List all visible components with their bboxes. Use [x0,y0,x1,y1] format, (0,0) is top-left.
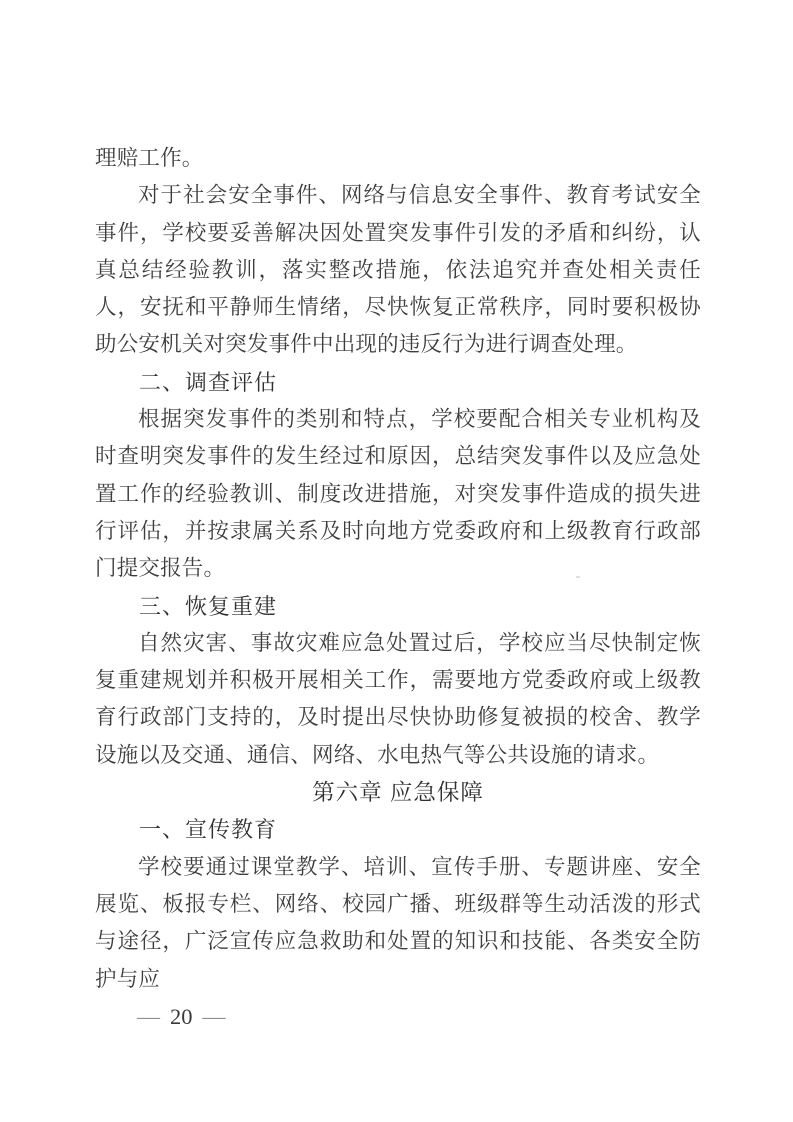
heading-recovery-reconstruction: 三、恢复重建 [95,588,701,625]
heading-investigation-evaluation: 二、调查评估 [95,364,701,401]
chapter-heading-emergency-support: 第六章 应急保障 [95,774,701,811]
heading-publicity-education: 一、宣传教育 [95,811,701,848]
paragraph-claims-continuation: 理赔工作。 [95,140,701,177]
paragraph-social-security-incidents: 对于社会安全事件、网络与信息安全事件、教育考试安全事件，学校要妥善解决因处置突发… [95,177,701,363]
paragraph-publicity-education: 学校要通过课堂教学、培训、宣传手册、专题讲座、安全展览、板报专栏、网络、校园广播… [95,849,701,998]
paragraph-recovery-reconstruction: 自然灾害、事故灾难应急处置过后，学校应当尽快制定恢复重建规划并积极开展相关工作，… [95,625,701,774]
footer-dash-left: — [137,1004,160,1029]
document-page: 理赔工作。 对于社会安全事件、网络与信息安全事件、教育考试安全事件，学校要妥善解… [0,0,793,1122]
footer-dash-right: — [203,1004,226,1029]
paragraph-investigation-evaluation: 根据突发事件的类别和特点，学校要配合相关专业机构及时查明突发事件的发生经过和原因… [95,401,701,587]
page-content: 理赔工作。 对于社会安全事件、网络与信息安全事件、教育考试安全事件，学校要妥善解… [95,140,701,998]
page-footer: —20— [137,1004,226,1030]
page-number: 20 [170,1004,193,1029]
scan-speck [576,576,580,578]
